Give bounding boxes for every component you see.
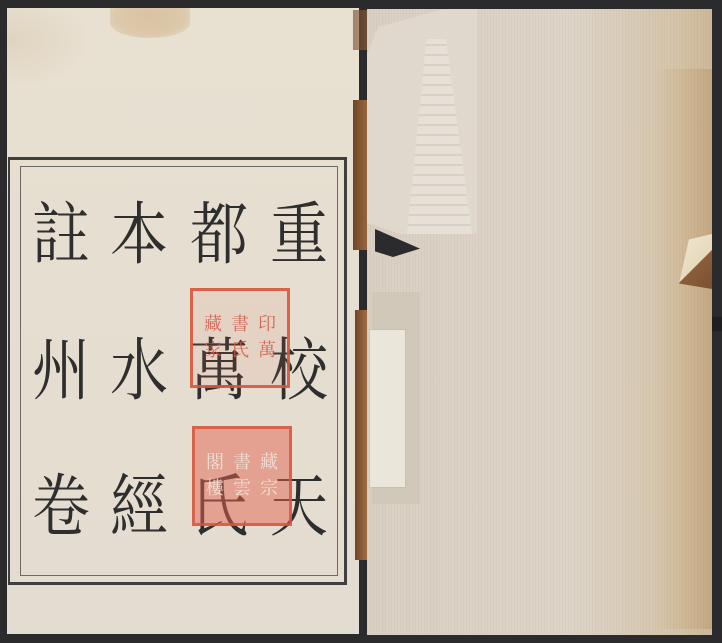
spine-damage — [355, 310, 367, 560]
title-char: 州 — [32, 304, 90, 440]
title-char: 重 — [270, 168, 328, 304]
title-slip — [370, 330, 405, 487]
water-stain-top — [110, 8, 190, 38]
red-seal-lower: 閣書藏樓雲宗 — [192, 426, 292, 526]
printed-border-frame: 重 校 天 都 萬 氏 本 水 經 註 州 卷 藏書印家氏萬 閣書藏樓雲宗 — [8, 157, 347, 585]
title-char: 都 — [190, 168, 248, 304]
title-char: 經 — [110, 440, 168, 576]
red-seal-upper: 藏書印家氏萬 — [190, 288, 290, 388]
cover-stain — [652, 69, 712, 629]
title-char: 註 — [32, 168, 90, 304]
title-column-3: 本 水 經 — [100, 168, 178, 576]
title-char: 水 — [110, 304, 168, 440]
right-page-cover — [367, 9, 712, 635]
scan-edge — [712, 317, 722, 331]
title-char: 卷 — [32, 440, 90, 576]
water-stain — [7, 8, 92, 88]
title-char: 本 — [110, 168, 168, 304]
title-column-4: 註 州 卷 — [22, 168, 100, 576]
left-page-title-leaf: 重 校 天 都 萬 氏 本 水 經 註 州 卷 藏書印家氏萬 閣書藏樓雲宗 — [7, 8, 359, 634]
